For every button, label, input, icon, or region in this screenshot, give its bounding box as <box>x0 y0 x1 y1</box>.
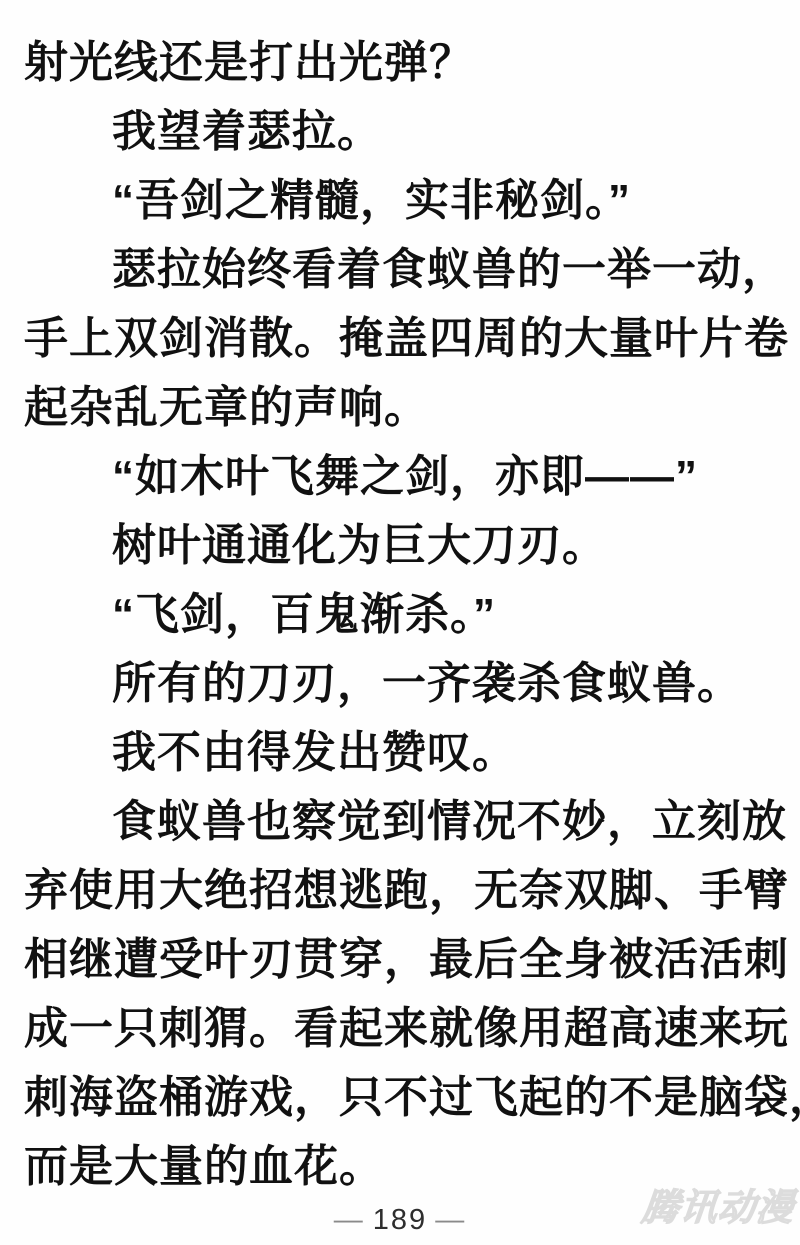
text-line: 所有的刀刃，一齐袭杀食蚁兽。 <box>24 649 790 718</box>
page-number: 189 <box>373 1204 427 1236</box>
tencent-comics-watermark: 腾讯动漫 <box>640 1186 797 1230</box>
text-line: “飞剑，百鬼渐杀。” <box>24 580 790 649</box>
text-line: 食蚁兽也察觉到情况不妙，立刻放 <box>24 787 790 856</box>
text-line: 我望着瑟拉。 <box>24 97 790 166</box>
page-number-dash-right: — <box>427 1204 474 1236</box>
text-line: 树叶通通化为巨大刀刃。 <box>24 511 790 580</box>
text-line: “如木叶飞舞之剑，亦即——” <box>24 442 790 511</box>
text-line: 刺海盗桶游戏，只不过飞起的不是脑袋， <box>24 1063 790 1132</box>
text-line: 弃使用大绝招想逃跑，无奈双脚、手臂 <box>24 856 790 925</box>
text-line: 手上双剑消散。掩盖四周的大量叶片卷 <box>24 304 790 373</box>
page-number-dash-left: — <box>326 1204 373 1236</box>
novel-reader-page[interactable]: 射光线还是打出光弹？ 我望着瑟拉。 “吾剑之精髓，实非秘剑。” 瑟拉始终看着食蚁… <box>0 0 800 1245</box>
text-line: “吾剑之精髓，实非秘剑。” <box>24 166 790 235</box>
page-body: 射光线还是打出光弹？ 我望着瑟拉。 “吾剑之精髓，实非秘剑。” 瑟拉始终看着食蚁… <box>24 28 790 1201</box>
text-line: 起杂乱无章的声响。 <box>24 373 790 442</box>
text-line: 我不由得发出赞叹。 <box>24 718 790 787</box>
text-line: 瑟拉始终看着食蚁兽的一举一动， <box>24 235 790 304</box>
text-line: 射光线还是打出光弹？ <box>24 28 790 97</box>
text-line: 相继遭受叶刃贯穿，最后全身被活活刺 <box>24 925 790 994</box>
text-line: 成一只刺猬。看起来就像用超高速来玩 <box>24 994 790 1063</box>
